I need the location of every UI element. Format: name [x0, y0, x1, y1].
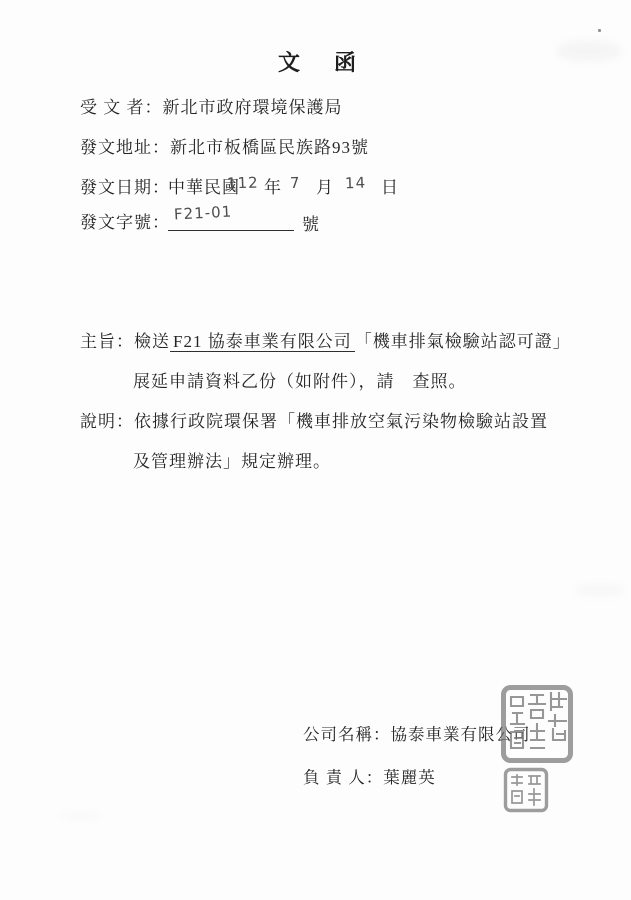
- company-name-line: 公司名稱：協泰車業有限公司: [303, 721, 531, 745]
- docnum-label: 發文字號：: [80, 208, 170, 233]
- owner-line: 負 責 人：葉麗英: [303, 764, 436, 788]
- subject-rest: 「機車排氣檢驗站認可證」: [355, 332, 571, 351]
- address-line: 發文地址：新北市板橋區民族路93號: [80, 133, 369, 158]
- date-year-handwritten: 112: [227, 173, 259, 192]
- scan-artifact: [598, 29, 601, 32]
- explanation-label: 說明：: [80, 412, 134, 431]
- owner-label: 負 責 人：: [303, 768, 383, 787]
- address-label: 發文地址：: [80, 138, 170, 157]
- subject-company-underlined: F21 協泰車業有限公司: [170, 332, 355, 352]
- explanation-line1: 說明：依據行政院環保署「機車排放空氣污染物檢驗站設置: [80, 407, 548, 432]
- scan-artifact: [556, 40, 622, 62]
- subject-label: 主旨：: [80, 332, 134, 351]
- date-day-unit: 日: [381, 173, 399, 198]
- subject-line1: 主旨：檢送F21 協泰車業有限公司「機車排氣檢驗站認可證」: [80, 327, 571, 352]
- person-seal-stamp-icon: [503, 767, 549, 818]
- date-year-unit: 年: [264, 173, 282, 198]
- explanation-text: 依據行政院環保署「機車排放空氣污染物檢驗站設置: [134, 412, 548, 431]
- docnum-line: 發文字號： F21-01 號: [80, 208, 380, 234]
- recipient-line: 受 文 者：新北市政府環境保護局: [80, 93, 343, 118]
- date-month-handwritten: 7: [290, 174, 301, 192]
- explanation-line2: 及管理辦法」規定辦理。: [133, 447, 331, 472]
- company-seal-stamp-icon: [500, 684, 574, 769]
- date-label: 發文日期：: [80, 173, 170, 198]
- docnum-handwritten: F21-01: [174, 202, 233, 223]
- company-name-label: 公司名稱：: [303, 725, 391, 744]
- document-title: 文 函: [278, 46, 362, 77]
- recipient-label: 受 文 者：: [80, 98, 163, 117]
- subject-line2: 展延申請資料乙份（如附件），請 查照。: [133, 367, 467, 392]
- date-month-unit: 月: [316, 173, 334, 198]
- date-day-handwritten: 14: [345, 174, 367, 193]
- subject-pre: 檢送: [134, 332, 170, 351]
- docnum-underline: F21-01: [168, 206, 294, 231]
- owner-value: 葉麗英: [383, 768, 436, 787]
- address-value: 新北市板橋區民族路93號: [170, 138, 369, 157]
- docnum-unit: 號: [302, 210, 320, 235]
- scan-artifact: [574, 584, 626, 596]
- date-line: 發文日期： 中華民國 112 年 7 月 14 日: [80, 173, 440, 197]
- scan-artifact: [60, 812, 102, 820]
- recipient-value: 新北市政府環境保護局: [163, 98, 343, 117]
- scanned-letter-page: 文 函 受 文 者：新北市政府環境保護局 發文地址：新北市板橋區民族路93號 發…: [0, 0, 631, 900]
